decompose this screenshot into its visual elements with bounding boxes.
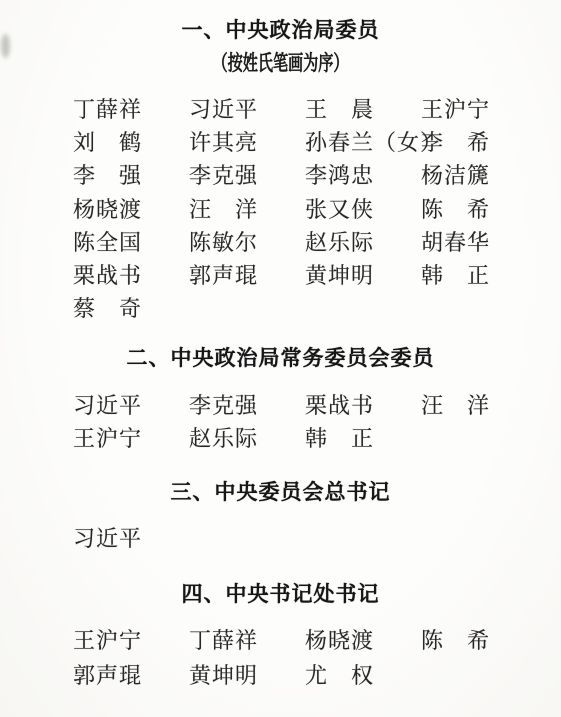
member-name: 郭声琨 (189, 265, 305, 287)
member-name: 丁薛祥 (189, 630, 305, 652)
name-row: 习近平 李克强 栗战书 汪 洋 (73, 395, 561, 428)
section-4-heading: 四、中央书记处书记 (0, 578, 561, 608)
name-row: 栗战书 郭声琨 黄坤明 韩 正 (73, 265, 561, 298)
member-name: 李 强 (73, 165, 189, 187)
member-name: 赵乐际 (305, 232, 421, 254)
member-name: 韩 正 (421, 265, 561, 287)
member-name: 尤 权 (305, 665, 421, 687)
section-1-heading: 一、中央政治局委员 (0, 14, 561, 44)
member-name: 习近平 (189, 99, 305, 121)
member-name: 韩 正 (305, 428, 421, 450)
member-name: 王沪宁 (421, 99, 561, 121)
member-name: 李 希 (421, 132, 561, 154)
name-row: 郭声琨 黄坤明 尤 权 (73, 665, 561, 700)
section-3-name-list: 习近平 (73, 528, 561, 561)
member-name: 胡春华 (421, 232, 561, 254)
member-name: 汪 洋 (421, 395, 561, 417)
member-name: 陈全国 (73, 232, 189, 254)
member-name: 赵乐际 (189, 428, 305, 450)
name-row: 刘 鹤 许其亮 孙春兰（女） 李 希 (73, 132, 561, 165)
member-name: 刘 鹤 (73, 132, 189, 154)
member-name: 王沪宁 (73, 428, 189, 450)
member-name: 丁薛祥 (73, 99, 189, 121)
member-name: 习近平 (73, 395, 189, 417)
member-name: 栗战书 (305, 395, 421, 417)
name-row: 蔡 奇 (73, 298, 561, 331)
member-name: 陈 希 (421, 630, 561, 652)
member-name: 王沪宁 (73, 630, 189, 652)
section-2-name-list: 习近平 李克强 栗战书 汪 洋 王沪宁 赵乐际 韩 正 (73, 395, 561, 461)
member-name: 陈敏尔 (189, 232, 305, 254)
member-name: 黄坤明 (189, 665, 305, 687)
member-name: 习近平 (73, 528, 189, 550)
member-name: 杨晓渡 (73, 199, 189, 221)
name-row: 王沪宁 丁薛祥 杨晓渡 陈 希 (73, 630, 561, 665)
name-row: 李 强 李克强 李鸿忠 杨洁篪 (73, 165, 561, 198)
member-name: 李克强 (189, 395, 305, 417)
section-1-name-list: 丁薛祥 习近平 王 晨 王沪宁 刘 鹤 许其亮 孙春兰（女） 李 希 李 强 李… (73, 99, 561, 331)
member-name: 杨洁篪 (421, 165, 561, 187)
member-name: 李克强 (189, 165, 305, 187)
member-name: 杨晓渡 (305, 630, 421, 652)
member-name: 孙春兰（女） (305, 132, 421, 154)
member-name: 王 晨 (305, 99, 421, 121)
scanned-document-page: 一、中央政治局委员 （按姓氏笔画为序） 丁薛祥 习近平 王 晨 王沪宁 刘 鹤 … (0, 0, 561, 717)
member-name: 黄坤明 (305, 265, 421, 287)
name-row: 丁薛祥 习近平 王 晨 王沪宁 (73, 99, 561, 132)
name-row: 杨晓渡 汪 洋 张又侠 陈 希 (73, 199, 561, 232)
section-3-heading: 三、中央委员会总书记 (0, 476, 561, 506)
section-1-subheading: （按姓氏笔画为序） (79, 47, 483, 77)
member-name: 蔡 奇 (73, 298, 189, 320)
name-row: 习近平 (73, 528, 561, 561)
member-name: 李鸿忠 (305, 165, 421, 187)
member-name: 陈 希 (421, 199, 561, 221)
section-4-name-list: 王沪宁 丁薛祥 杨晓渡 陈 希 郭声琨 黄坤明 尤 权 (73, 630, 561, 699)
name-row: 陈全国 陈敏尔 赵乐际 胡春华 (73, 232, 561, 265)
member-name: 郭声琨 (73, 665, 189, 687)
member-name: 许其亮 (189, 132, 305, 154)
member-name: 栗战书 (73, 265, 189, 287)
name-row: 王沪宁 赵乐际 韩 正 (73, 428, 561, 461)
member-name: 汪 洋 (189, 199, 305, 221)
section-2-heading: 二、中央政治局常务委员会委员 (0, 342, 561, 372)
member-name: 张又侠 (305, 199, 421, 221)
